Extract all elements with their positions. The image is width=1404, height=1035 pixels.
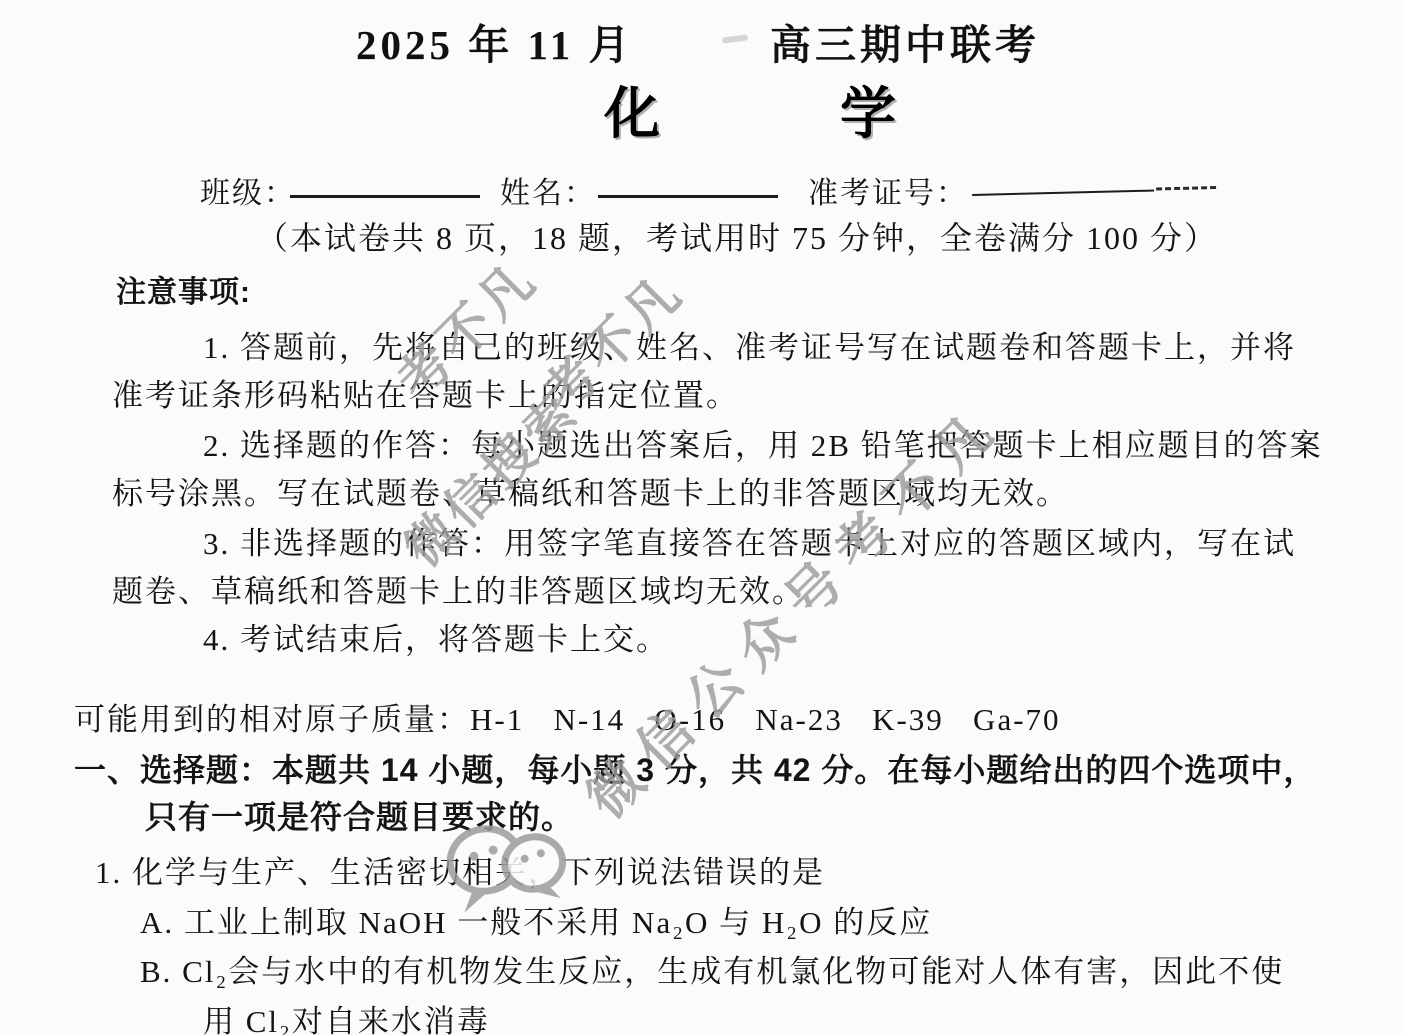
- notices-heading: 注意事项:: [116, 267, 251, 311]
- atomic-masses-line: 可能用到的相对原子质量：H-1 N-14 O-16 Na-23 K-39 Ga-…: [74, 694, 1061, 739]
- question-1-option-b-line-1: B. Cl₂会与水中的有机物发生反应，生成有机氯化物可能对人体有害，因此不使: [140, 946, 1284, 991]
- exam-session-name: 高三期中联考: [770, 12, 1040, 71]
- class-field-label: 班级：: [200, 168, 296, 212]
- subject-title: 化 学: [604, 70, 958, 150]
- ticket-blank-line-dashed-tail: [1156, 186, 1216, 190]
- question-1-option-b-line-2: 用 Cl₂对自来水消毒: [203, 996, 490, 1035]
- class-blank-line: [290, 195, 480, 198]
- notice-item-1-line-1: 1. 答题前，先将自己的班级、姓名、准考证号写在试题卷和答题卡上，并将: [203, 322, 1296, 367]
- notice-item-2-line-1: 2. 选择题的作答：每小题选出答案后，用 2B 铅笔把答题卡上相应题目的答案: [203, 420, 1323, 465]
- ticket-field-label: 准考证号：: [808, 168, 968, 212]
- paper-info: （本试卷共 8 页，18 题，考试用时 75 分钟，全卷满分 100 分）: [256, 213, 1218, 259]
- exam-paper-scan: 2025 年 11 月 高三期中联考 化 学 班级： 姓名： 准考证号： （本试…: [0, 0, 1404, 1035]
- ticket-blank-line-solid: [972, 190, 1154, 196]
- notice-item-4: 4. 考试结束后，将答题卡上交。: [203, 614, 669, 659]
- notice-item-3-line-1: 3. 非选择题的作答：用签字笔直接答在答题卡上对应的答题区域内，写在试: [203, 518, 1296, 563]
- scan-artifact: [722, 34, 749, 44]
- notice-item-3-line-2: 题卷、草稿纸和答题卡上的非答题区域均无效。: [112, 566, 805, 611]
- name-field-label: 姓名：: [500, 168, 596, 212]
- name-blank-line: [598, 195, 778, 198]
- exam-session-date: 2025 年 11 月: [356, 12, 634, 71]
- ticket-blank-line: [972, 173, 1217, 199]
